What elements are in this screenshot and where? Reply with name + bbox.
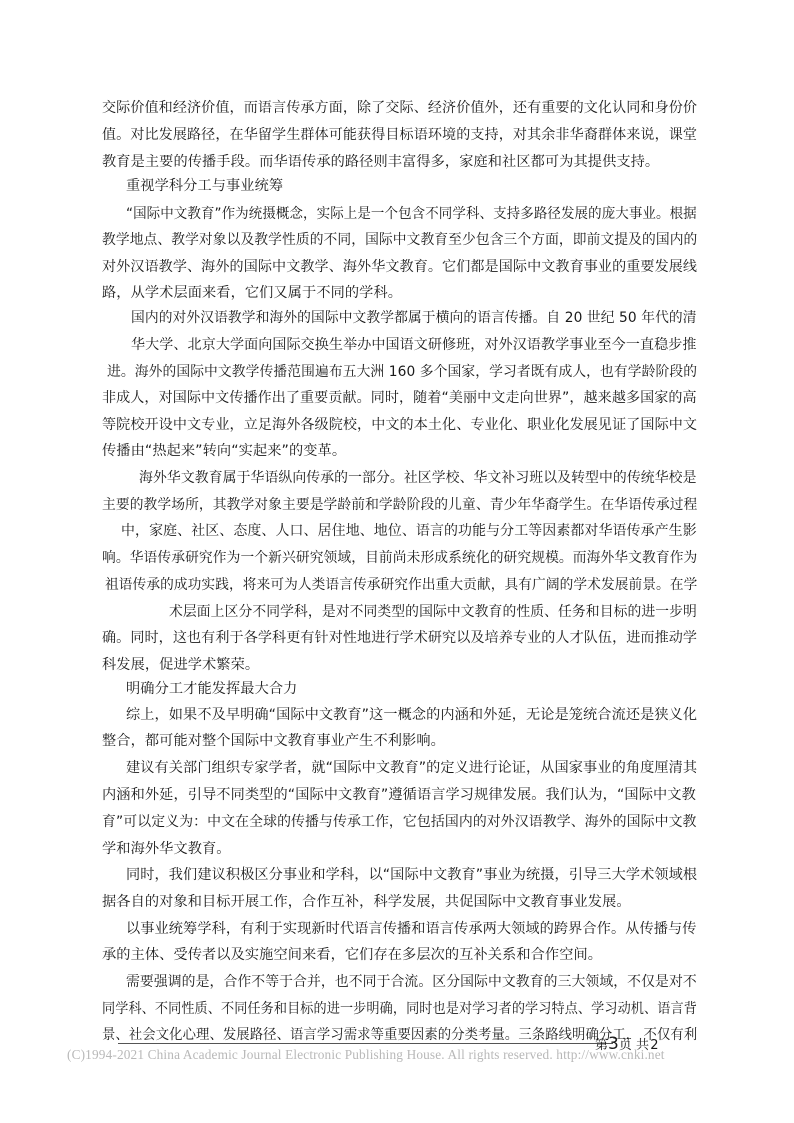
paragraph-line: “国际中文教育”作为统摄概念，实际上是一个包含不同学科、支持多路径发展的庞大事业… <box>126 205 697 223</box>
paragraph-line: 祖语传承的成功实践，将来可为人类语言传承研究作出重大贡献，具有广阔的学术发展前景… <box>105 576 697 594</box>
document-page: 交际价值和经济价值，而语言传承方面，除了交际、经济价值外，还有重要的文化认同和身… <box>0 0 794 1123</box>
paragraph-line: 整合，都可能对整个国际中文教育事业产生不利影响。 <box>102 732 445 750</box>
paragraph-line: 建议有关部门组织专家学者，就“国际中文教育”的定义进行论证，从国家事业的角度厘清… <box>126 759 697 777</box>
paragraph-line: 同时，我们建议积极区分事业和学科，以“国际中文教育”事业为统摄，引导三大学术领域… <box>126 866 697 884</box>
paragraph-line: 育”可以定义为：中文在全球的传播与传承工作，它包括国内的对外汉语教学、海外的国际… <box>102 813 697 831</box>
paragraph-line: 据各自的对象和目标开展工作，合作互补，科学发展，共促国际中文教育事业发展。 <box>102 893 631 911</box>
paragraph-line: 教育是主要的传播手段。而华语传承的路径则丰富得多，家庭和社区都可为其提供支持。 <box>102 153 659 171</box>
paragraph-line: 内涵和外延，引导不同类型的“国际中文教育”遵循语言学习规律发展。我们认为，“国际… <box>102 786 696 804</box>
paragraph-line: 中，家庭、社区、态度、人口、居住地、地位、语言的功能与分工等因素都对华语传承产生… <box>121 522 697 540</box>
paragraph-line: 交际价值和经济价值，而语言传承方面，除了交际、经济价值外，还有重要的文化认同和身… <box>102 99 697 117</box>
paragraph-line: 对外汉语教学、海外的国际中文教学、海外华文教育。它们都是国际中文教育事业的重要发… <box>102 258 697 276</box>
paragraph-line: 海外华文教育属于华语纵向传承的一部分。社区学校、华文补习班以及转型中的传统华校是 <box>139 469 697 487</box>
paragraph-line: 同学科、不同性质、不同任务和目标的进一步明确，同时也是对学习者的学习特点、学习动… <box>102 1000 697 1018</box>
copyright-watermark: (C)1994-2021 China Academic Journal Elec… <box>67 1047 665 1063</box>
paragraph-line: 华大学、北京大学面向国际交换生举办中国语文研修班，对外汉语教学事业至今一直稳步推 <box>131 336 697 354</box>
section-heading: 重视学科分工与事业统筹 <box>126 177 283 195</box>
paragraph-line: 综上，如果不及早明确“国际中文教育”这一概念的内涵和外延，无论是笼统合流还是狭义… <box>126 706 697 724</box>
paragraph-line: 主要的教学场所，其教学对象主要是学龄前和学龄阶段的儿童、青少年华裔学生。在华语传… <box>102 496 697 514</box>
paragraph-line: 确。同时，这也有利于各学科更有针对性地进行学术研究以及培养专业的人才队伍，进而推… <box>102 629 697 647</box>
paragraph-line: 等院校开设中文专业，立足海外各级院校，中文的本土化、专业化、职业化发展见证了国际… <box>102 416 697 434</box>
paragraph-line: 承的主体、受传者以及实施空间来看，它们存在多层次的互补关系和合作空间。 <box>102 946 602 964</box>
paragraph-line: 术层面上区分不同学科，是对不同类型的国际中文教育的性质、任务和目标的进一步明 <box>169 603 697 621</box>
paragraph-line: 需要强调的是，合作不等于合并，也不同于合流。区分国际中文教育的三大领域，不仅是对… <box>126 973 697 991</box>
paragraph-line: 科发展，促进学术繁荣。 <box>102 656 259 674</box>
section-heading: 明确分工才能发挥最大合力 <box>126 680 297 698</box>
paragraph-line: 国内的对外汉语教学和海外的国际中文教学都属于横向的语言传播。自 20 世纪 50… <box>131 309 697 327</box>
paragraph-line: 传播由“热起来”转向“实起来”的变革。 <box>102 442 346 460</box>
paragraph-line: 路，从学术层面来看，它们又属于不同的学科。 <box>102 284 402 302</box>
paragraph-line: 进。海外的国际中文教学传播范围遍布五大洲 160 多个国家，学习者既有成人，也有… <box>107 363 697 381</box>
paragraph-line: 响。华语传承研究作为一个新兴研究领域，目前尚未形成系统化的研究规模。而海外华文教… <box>102 549 697 567</box>
paragraph-line: 教学地点、教学对象以及教学性质的不同，国际中文教育至少包含三个方面，即前文提及的… <box>102 231 697 249</box>
footer-divider <box>118 1043 613 1044</box>
paragraph-line: 非成人，对国际中文传播作出了重要贡献。同时，随着“美丽中文走向世界”，越来越多国… <box>102 389 697 407</box>
paragraph-line: 学和海外华文教育。 <box>102 840 231 858</box>
paragraph-line: 以事业统筹学科，有利于实现新时代语言传播和语言传承两大领域的跨界合作。从传播与传 <box>126 920 697 938</box>
paragraph-line: 值。对比发展路径，在华留学生群体可能获得目标语环境的支持，对其余非华裔群体来说，… <box>102 126 697 144</box>
